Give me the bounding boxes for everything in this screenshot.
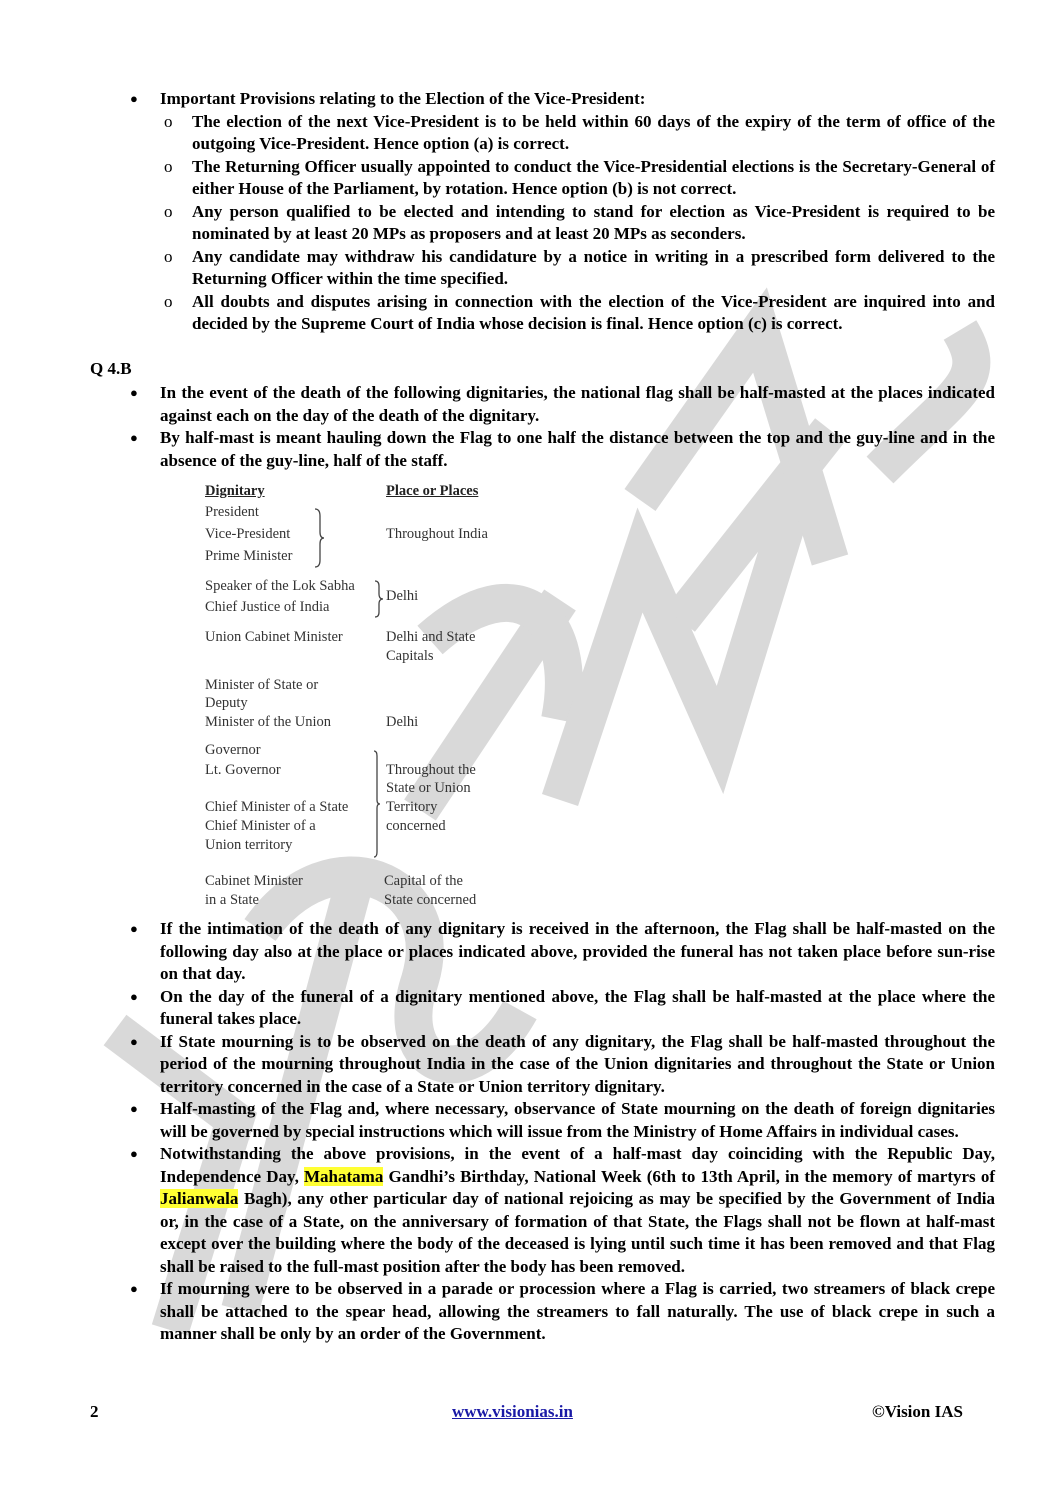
- list-item: ● By half-mast is meant hauling down the…: [160, 427, 995, 472]
- highlighted-text: Jalianwala: [160, 1189, 238, 1208]
- circle-bullet-icon: o: [164, 291, 173, 314]
- half-mast-rules: ● If the intimation of the death of any …: [160, 918, 995, 1346]
- circle-bullet-icon: o: [164, 111, 173, 134]
- bullet-icon: ●: [130, 1098, 138, 1121]
- dignitary-cell: Lt. Governor: [205, 761, 281, 780]
- dignitary-cell: Speaker of the Lok Sabha: [205, 577, 355, 596]
- bullet-icon: ●: [130, 88, 138, 111]
- dignitary-cell: in a State: [205, 891, 259, 910]
- section-vp-election: ● Important Provisions relating to the E…: [160, 88, 995, 336]
- copyright: ©Vision IAS: [872, 1402, 963, 1422]
- place-cell: concerned: [386, 817, 446, 836]
- place-cell: Delhi: [386, 587, 418, 606]
- list-item: ● Important Provisions relating to the E…: [160, 88, 995, 111]
- dignitary-cell: Deputy: [205, 694, 248, 713]
- place-cell: Capital of the: [384, 872, 463, 891]
- place-cell: Throughout India: [386, 525, 488, 544]
- dignitary-cell: Chief Minister of a: [205, 817, 316, 836]
- intro-bullets: ● In the event of the death of the follo…: [160, 382, 995, 472]
- list-item: o Any person qualified to be elected and…: [192, 201, 995, 246]
- list-item: o All doubts and disputes arising in con…: [192, 291, 995, 336]
- dignitary-cell: Minister of the Union: [205, 713, 331, 732]
- list-item: ● Half-masting of the Flag and, where ne…: [160, 1098, 995, 1143]
- list-item: o The Returning Officer usually appointe…: [192, 156, 995, 201]
- place-cell: Territory: [386, 798, 437, 817]
- dignitary-cell: Union territory: [205, 836, 292, 855]
- circle-bullet-icon: o: [164, 246, 173, 269]
- circle-bullet-icon: o: [164, 201, 173, 224]
- dignitary-cell: Minister of State or: [205, 676, 318, 695]
- list-item: ● If mourning were to be observed in a p…: [160, 1278, 995, 1346]
- list-item: o Any candidate may withdraw his candida…: [192, 246, 995, 291]
- page-number: 2: [90, 1402, 99, 1422]
- bullet-icon: ●: [130, 1031, 138, 1054]
- brace-icon: [373, 580, 385, 618]
- place-cell: State concerned: [384, 891, 476, 910]
- place-cell: State or Union: [386, 779, 471, 798]
- list-item: o The election of the next Vice-Presiden…: [192, 111, 995, 156]
- dignitary-cell: Union Cabinet Minister: [205, 628, 343, 647]
- dignitary-cell: Cabinet Minister: [205, 872, 303, 891]
- bullet-icon: ●: [130, 1143, 138, 1166]
- highlighted-text: Mahatama: [304, 1167, 383, 1186]
- dignitary-cell: Governor: [205, 741, 261, 760]
- list-item: ● On the day of the funeral of a dignita…: [160, 986, 995, 1031]
- column-header-dignitary: Dignitary: [205, 482, 265, 501]
- place-cell: Delhi: [386, 713, 418, 732]
- dignitary-cell: Chief Justice of India: [205, 598, 329, 617]
- place-cell: Delhi and State: [386, 628, 475, 647]
- place-cell: Capitals: [386, 647, 434, 666]
- bullet-icon: ●: [130, 986, 138, 1009]
- list-item: ● If the intimation of the death of any …: [160, 918, 995, 986]
- list-item: ● In the event of the death of the follo…: [160, 382, 995, 427]
- bullet-icon: ●: [130, 427, 138, 450]
- dignitary-cell: Prime Minister: [205, 547, 292, 566]
- bullet-icon: ●: [130, 918, 138, 941]
- question-label: Q 4.B: [90, 358, 132, 381]
- place-cell: Throughout the: [386, 761, 476, 780]
- dignitary-cell: President: [205, 503, 259, 522]
- list-item: ● If State mourning is to be observed on…: [160, 1031, 995, 1099]
- bullet-icon: ●: [130, 382, 138, 405]
- circle-bullet-icon: o: [164, 156, 173, 179]
- list-item: ● Notwithstanding the above provisions, …: [160, 1143, 995, 1278]
- section-heading: Important Provisions relating to the Ele…: [160, 89, 645, 108]
- dignitary-cell: Vice-President: [205, 525, 290, 544]
- bullet-icon: ●: [130, 1278, 138, 1301]
- column-header-place: Place or Places: [386, 482, 478, 501]
- brace-icon: [313, 508, 325, 568]
- website-link[interactable]: www.visionias.in: [452, 1402, 573, 1422]
- dignitary-cell: Chief Minister of a State: [205, 798, 348, 817]
- brace-icon: [373, 750, 383, 858]
